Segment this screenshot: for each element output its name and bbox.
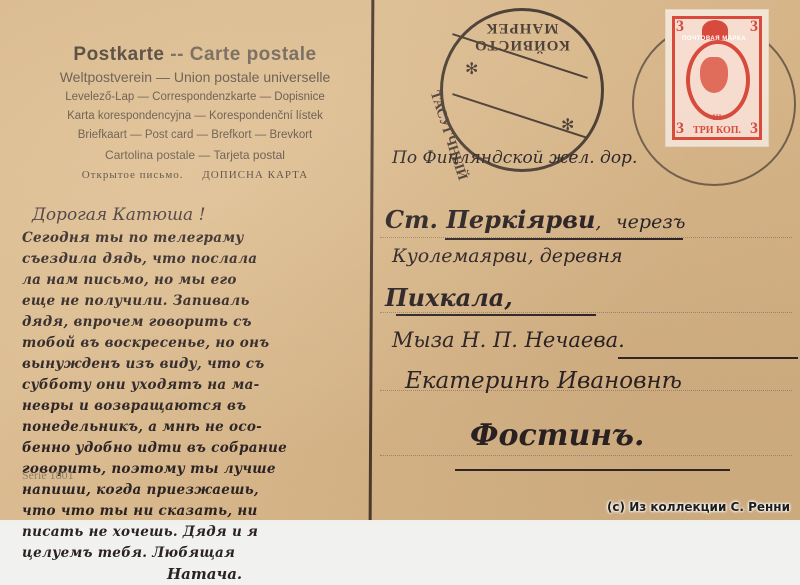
- header-line-2: Weltpostverein — Union postale universel…: [30, 69, 360, 85]
- header-line-3: Levelező-Lap — Correspondenzkarte — Dopi…: [30, 91, 360, 103]
- address-rule: [380, 312, 792, 313]
- header-line-4: Karta korespondencyjna — Korespondenční …: [30, 110, 360, 122]
- address-line-surname: Фостинъ.: [470, 418, 644, 453]
- address-line-station: Ст. Перкiярви, черезъ: [385, 205, 685, 234]
- eagle-icon: [700, 57, 728, 93]
- station-underline: [445, 238, 683, 240]
- copyright-watermark: (c) Из коллекции С. Ренни: [607, 500, 790, 514]
- header-otkrytoe-pismo: Открытое письмо.: [82, 169, 184, 181]
- header-carte-postale: Carte postale: [190, 44, 317, 65]
- header-line-7: Открытое письмо. ДОПИСНА КАРТА: [30, 169, 360, 181]
- message-line: дядя, впрочем говорить съ: [22, 312, 367, 333]
- postage-stamp: ПОЧТОВАЯ МАРКА 3 3 3 3 III ТРИ КОП.: [666, 10, 768, 146]
- message-line: тобой въ воскресенье, но онъ: [22, 333, 367, 354]
- message-greeting: Дорогая Катюша !: [32, 205, 367, 226]
- message-line: напиши, когда приезжаешь,: [22, 480, 367, 501]
- postmark-side-text: ТАСУГЧНЫЙ: [426, 89, 470, 182]
- address-line-recipient: Екатеринѣ Ивановнѣ: [405, 368, 682, 394]
- message-line: вынужденъ изъ виду, что съ: [22, 354, 367, 375]
- message-line: бенно удобно идти въ собрание: [22, 438, 367, 459]
- message-line: понедельникъ, а мнѣ не осо-: [22, 417, 367, 438]
- header-dopisna-karta: ДОПИСНА КАРТА: [202, 169, 308, 181]
- message-line: что что ты ни сказать, ни: [22, 501, 367, 522]
- stamp-numeral-tr: 3: [750, 18, 758, 36]
- star-icon: ✻: [465, 59, 478, 79]
- owner-underline: [618, 357, 798, 359]
- message-line: субботу они уходятъ на ма-: [22, 375, 367, 396]
- message-line: говорить, поэтому ты лучше: [22, 459, 367, 480]
- postmark-top-text: КОЙВИСТО МАНРЕК: [443, 19, 601, 53]
- address-rule: [380, 455, 792, 456]
- station-name: Перкiярви: [446, 205, 595, 234]
- header-line-5: Briefkaart — Post card — Brefkort — Brev…: [30, 129, 360, 141]
- page-bottom-edge: [0, 520, 800, 524]
- stamp-value: ТРИ КОП.: [668, 125, 766, 136]
- message-line: невры и возвращаются въ: [22, 396, 367, 417]
- star-icon: ✻: [561, 115, 574, 135]
- postmark-left: КОЙВИСТО МАНРЕК ✻ ✻ ТАСУГЧНЫЙ: [440, 8, 604, 172]
- address-line-pihkala: Пихкала,: [385, 283, 513, 312]
- message-line: ла нам письмо, но мы его: [22, 270, 367, 291]
- postcard: Postkarte -- Carte postale Weltpostverei…: [0, 0, 800, 520]
- message-line: Сегодня ты по телеграму: [22, 228, 367, 249]
- header-title: Postkarte -- Carte postale: [30, 44, 360, 66]
- header-separator: --: [170, 44, 184, 65]
- surname-underline: [455, 469, 730, 471]
- header-postkarte: Postkarte: [73, 44, 164, 65]
- message-body: Сегодня ты по телеграмусъездила дядь, чт…: [22, 228, 367, 524]
- stamp-oval-text: ПОЧТОВАЯ МАРКА: [678, 36, 750, 42]
- message-line: съездила дядь, что послала: [22, 249, 367, 270]
- station-prefix: Ст.: [385, 205, 438, 234]
- handwritten-message: Дорогая Катюша ! Сегодня ты по телеграму…: [22, 205, 367, 524]
- center-divider-line: [369, 0, 375, 520]
- stamp-numeral-tl: 3: [676, 18, 684, 36]
- address-line-manor: Мыза Н. П. Нечаева.: [392, 328, 625, 352]
- pihkala-underline: [396, 314, 596, 316]
- manor-owner: Н. П. Нечаева.: [461, 328, 625, 352]
- station-via: черезъ: [616, 211, 686, 233]
- message-line: еще не получили. Запиваль: [22, 291, 367, 312]
- printed-header: Postkarte -- Carte postale Weltpostverei…: [30, 44, 360, 181]
- stamp-roman: III: [668, 113, 766, 122]
- series-label: Serie 1801: [22, 468, 74, 483]
- manor-prefix: Мыза: [392, 328, 455, 352]
- address-line-village: Куолемаярви, деревня: [392, 245, 623, 267]
- header-line-6: Cartolina postale — Tarjeta postal: [30, 148, 360, 162]
